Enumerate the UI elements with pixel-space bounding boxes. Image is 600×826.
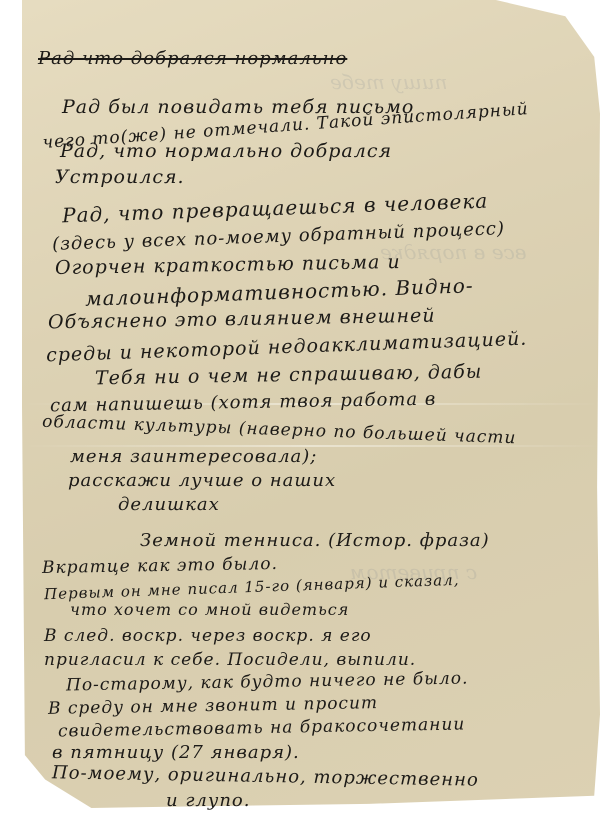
bleed-through-text: все в порядке bbox=[380, 240, 526, 264]
letter-line: что хочет со мной видеться bbox=[70, 600, 349, 619]
letter-line: расскажи лучше о наших bbox=[68, 470, 336, 491]
letter-line: Вкратце как это было. bbox=[42, 554, 278, 578]
letter-line: и глупо. bbox=[166, 790, 250, 811]
bleed-through-text: пишу тебе bbox=[330, 70, 448, 94]
letter-line: Устроился. bbox=[55, 166, 185, 188]
letter-line: Рад, что нормально добрался bbox=[60, 140, 392, 162]
letter-line: Земной тенниса. (Истор. фраза) bbox=[140, 530, 490, 551]
letter-line: пригласил к себе. Посидели, выпили. bbox=[44, 650, 416, 670]
letter-line: Рад что добрался нормально bbox=[38, 48, 347, 69]
letter-line: меня заинтересовала); bbox=[70, 446, 317, 467]
letter-line: в пятницу (27 января). bbox=[52, 742, 300, 763]
letter-line: В след. воскр. через воскр. я его bbox=[44, 626, 372, 646]
letter-line: делишках bbox=[118, 494, 220, 515]
